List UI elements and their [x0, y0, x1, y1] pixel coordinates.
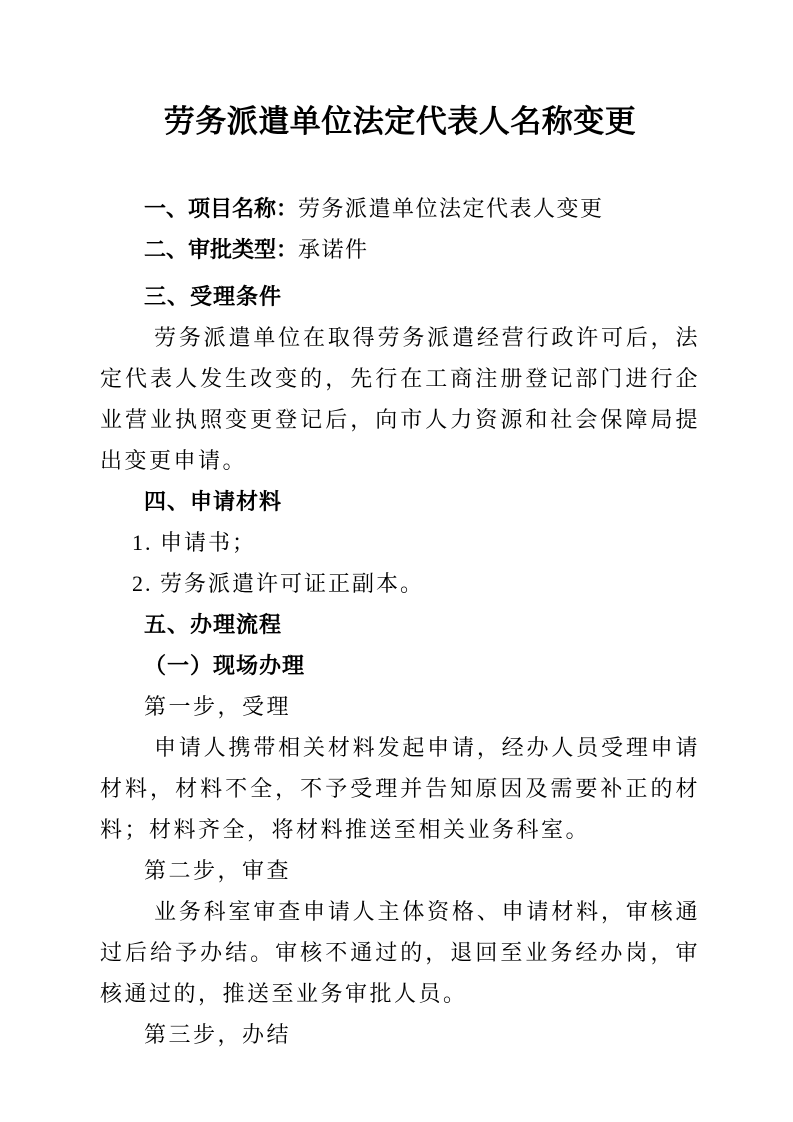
field-project-name-label: 一、项目名称：	[144, 196, 298, 221]
material-list-item-2: 2. 劳务派遣许可证正副本。	[100, 563, 700, 604]
material-list-item-1: 1. 申请书；	[100, 522, 700, 563]
field-project-name-value: 劳务派遣单位法定代表人变更	[298, 196, 604, 221]
step-2-title: 第二步，审查	[100, 850, 700, 891]
section-body-acceptance-conditions: 劳务派遣单位在取得劳务派遣经营行政许可后，法定代表人发生改变的，先行在工商注册登…	[100, 317, 700, 481]
document-title: 劳务派遣单位法定代表人名称变更	[100, 100, 700, 144]
section-heading-process: 五、办理流程	[100, 604, 700, 645]
section-heading-application-materials: 四、申请材料	[100, 481, 700, 522]
field-approval-type: 二、审批类型：承诺件	[100, 229, 700, 270]
field-approval-type-label: 二、审批类型：	[144, 237, 298, 262]
field-project-name: 一、项目名称：劳务派遣单位法定代表人变更	[100, 188, 700, 229]
subsection-heading-onsite-processing: （一）现场办理	[100, 645, 700, 686]
document-page: 劳务派遣单位法定代表人名称变更 一、项目名称：劳务派遣单位法定代表人变更 二、审…	[0, 0, 793, 1122]
step-3-title: 第三步，办结	[100, 1014, 700, 1055]
step-1-title: 第一步，受理	[100, 686, 700, 727]
step-1-body: 申请人携带相关材料发起申请，经办人员受理申请材料，材料不全，不予受理并告知原因及…	[100, 727, 700, 850]
section-heading-acceptance-conditions: 三、受理条件	[100, 276, 700, 317]
step-2-body: 业务科室审查申请人主体资格、申请材料，审核通过后给予办结。审核不通过的，退回至业…	[100, 891, 700, 1014]
field-approval-type-value: 承诺件	[298, 237, 369, 262]
